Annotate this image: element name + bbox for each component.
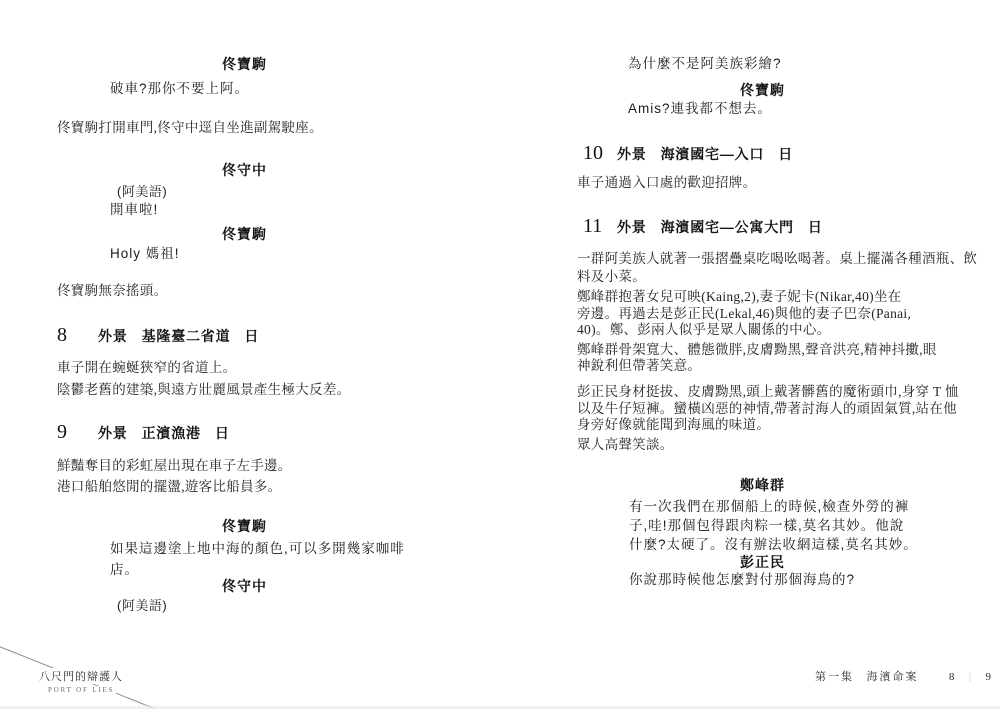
character-name: 佟寶駒 [740,81,785,100]
dialogue-line: 有一次我們在那個船上的時候,檢查外勞的褲 [629,498,909,516]
scene-int-ext: 外景 [617,146,647,162]
page-number-divider: | [969,671,971,683]
page-right: 為什麼不是阿美族彩繪?佟寶駒Amis?連我都不想去。10外景海濱國宅—入口日車子… [0,0,1000,709]
action-line: 料及小菜。 [577,268,646,286]
episode-title: 海濱命案 [866,671,918,683]
scene-heading: 11外景海濱國宅—公寓大門日 [577,213,823,240]
footer-right: 第一集 海濱命案 8 | 9 [815,667,991,685]
action-line: 眾人高聲笑談。 [577,436,674,454]
scene-location: 海濱國宅—公寓大門 [661,219,794,235]
scene-number: 11 [583,213,617,240]
scene-title: 外景海濱國宅—入口日 [617,145,793,164]
scene-time: 日 [808,219,823,235]
dialogue-line: 子,哇!那個包得跟肉粽一樣,莫名其妙。他說 [629,517,904,535]
book-subtitle: PORT OF LIES [46,686,116,694]
dialogue-line: Amis?連我都不想去。 [628,100,772,118]
character-name: 鄭峰群 [740,476,785,495]
page-bottom-edge [0,704,1000,709]
dialogue-line: 為什麼不是阿美族彩繪? [628,55,782,73]
character-name: 彭正民 [740,553,785,572]
dialogue-line: 你說那時候他怎麼對付那個海鳥的? [629,571,855,589]
scene-int-ext: 外景 [617,219,647,235]
action-line: 40)。鄭、彭兩人似乎是眾人關係的中心。 [577,321,831,339]
action-line: 身旁好像就能聞到海風的味道。 [577,416,770,434]
book-title: 八尺門的辯護人 [36,668,126,684]
action-line: 神銳利但帶著笑意。 [577,357,701,375]
action-line: 鄭峰群抱著女兒可映(Kaing,2),妻子妮卡(Nikar,40)坐在 [577,288,902,306]
dialogue-line: 什麼?太硬了。沒有辦法收網這樣,莫名其妙。 [629,536,918,554]
scene-location: 海濱國宅—入口 [661,146,765,162]
page-number-left: 8 [949,671,955,683]
scene-title: 外景海濱國宅—公寓大門日 [617,218,823,237]
action-line: 彭正民身材挺拔、皮膚黝黑,頭上戴著髒舊的魔術頭巾,身穿 T 恤 [577,383,959,401]
scene-number: 10 [583,140,617,167]
scene-heading: 10外景海濱國宅—入口日 [577,140,793,167]
page-number-right: 9 [986,671,992,683]
episode-label: 第一集 [815,671,854,683]
scene-time: 日 [778,146,793,162]
action-line: 車子通過入口處的歡迎招牌。 [577,174,756,192]
action-line: 一群阿美族人就著一張摺疊桌吃喝吆喝著。桌上擺滿各種酒瓶、飲 [577,250,977,268]
